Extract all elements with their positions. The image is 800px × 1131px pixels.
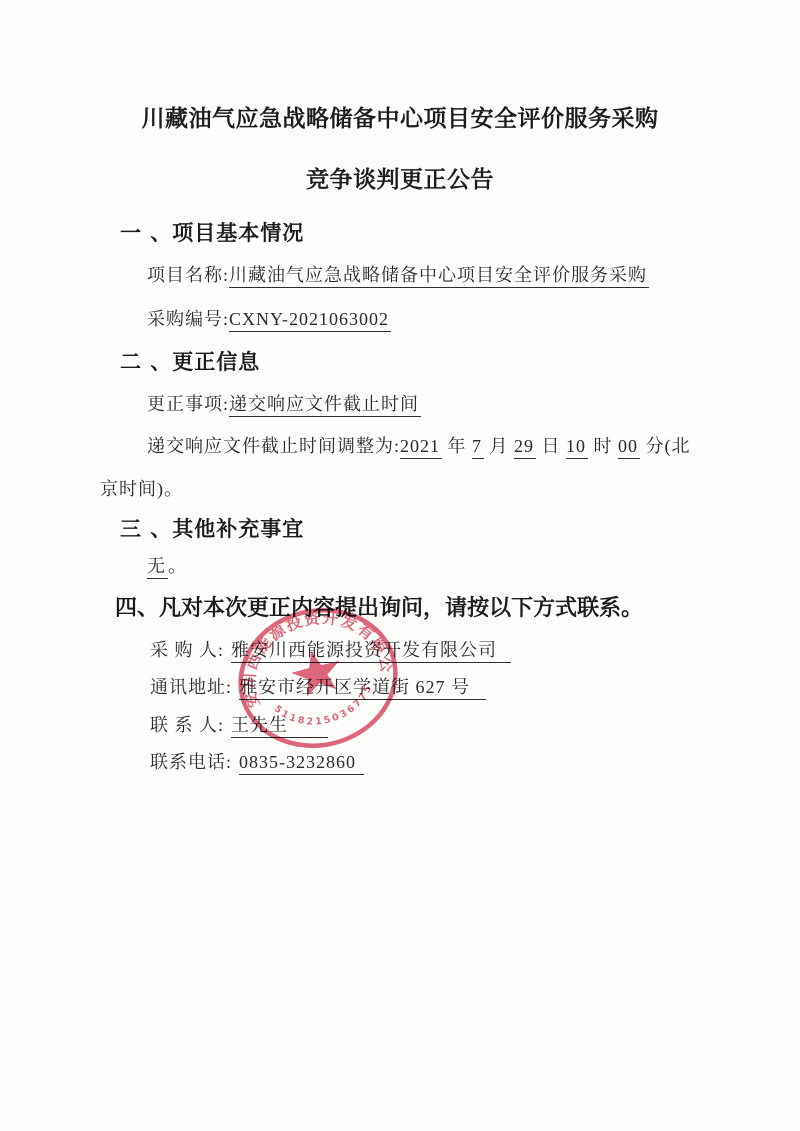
deadline-year: 2021: [400, 436, 442, 459]
correction-item-row: 更正事项:递交响应文件截止时间: [147, 390, 421, 416]
deadline-day-unit: 日: [536, 436, 566, 456]
document-page: 川藏油气应急战略储备中心项目安全评价服务采购 竞争谈判更正公告 一 、项目基本情…: [0, 0, 800, 1131]
deadline-prefix: 递交响应文件截止时间调整为:: [147, 436, 400, 456]
document-title-line1: 川藏油气应急战略储备中心项目安全评价服务采购: [0, 100, 800, 133]
address-value: 雅安市经开区学道街 627 号: [239, 677, 486, 700]
none-value: 无: [147, 556, 168, 579]
deadline-month: 7: [472, 436, 484, 459]
deadline-month-unit: 月: [484, 436, 514, 456]
buyer-row: 采 购 人:雅安川西能源投资开发有限公司: [150, 636, 511, 662]
deadline-wrap-line: 京时间)。: [100, 475, 183, 501]
purchase-no-label: 采购编号:: [147, 309, 229, 329]
deadline-hour-unit: 时: [588, 436, 618, 456]
section4-heading: 四、凡对本次更正内容提出询问，请按以下方式联系。: [115, 591, 643, 622]
section2-heading: 二 、更正信息: [120, 346, 260, 376]
none-row: 无。: [147, 552, 187, 578]
deadline-hour: 10: [566, 436, 588, 459]
contact-label: 联 系 人:: [150, 715, 224, 735]
buyer-value: 雅安川西能源投资开发有限公司: [231, 640, 511, 663]
address-label: 通讯地址:: [150, 677, 232, 697]
deadline-day: 29: [514, 436, 536, 459]
document-title-line2: 竞争谈判更正公告: [0, 161, 800, 194]
deadline-minute: 00: [618, 436, 640, 459]
project-name-row: 项目名称:川藏油气应急战略储备中心项目安全评价服务采购: [147, 261, 649, 287]
phone-value: 0835-3232860: [239, 752, 364, 775]
buyer-label: 采 购 人:: [150, 640, 224, 660]
contact-row: 联 系 人:王先生: [150, 711, 328, 737]
section1-heading: 一 、项目基本情况: [120, 217, 304, 247]
deadline-year-unit: 年: [442, 436, 472, 456]
purchase-no-value: CXNY-2021063002: [229, 309, 391, 332]
project-name-label: 项目名称:: [147, 265, 229, 285]
phone-row: 联系电话:0835-3232860: [150, 748, 364, 774]
deadline-row: 递交响应文件截止时间调整为:2021 年 7 月 29 日 10 时 00 分(…: [147, 432, 691, 458]
phone-label: 联系电话:: [150, 752, 232, 772]
contact-value: 王先生: [231, 715, 328, 738]
correction-item-label: 更正事项:: [147, 394, 229, 414]
purchase-no-row: 采购编号:CXNY-2021063002: [147, 305, 391, 331]
none-period: 。: [168, 556, 187, 576]
section3-heading: 三 、其他补充事宜: [120, 513, 304, 543]
address-row: 通讯地址:雅安市经开区学道街 627 号: [150, 673, 486, 699]
deadline-suffix: 分(北: [640, 436, 691, 456]
correction-item-value: 递交响应文件截止时间: [229, 394, 421, 417]
project-name-value: 川藏油气应急战略储备中心项目安全评价服务采购: [229, 265, 649, 288]
